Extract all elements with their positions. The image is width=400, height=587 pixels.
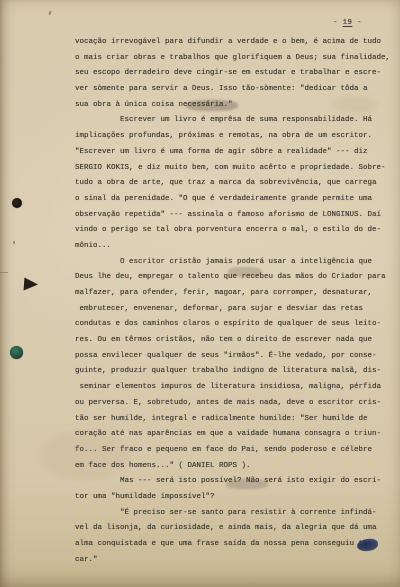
- text-line: tor uma "humildade impossível"?: [75, 490, 395, 506]
- text-line: vel da lisonja, da curiosidade, e ainda …: [75, 521, 395, 537]
- text-line: malfazer, para ofender, ferir, magoar, p…: [75, 286, 395, 302]
- paper-stain: [332, 96, 378, 114]
- text-line: observação repetida" --- assinala o famo…: [75, 208, 395, 224]
- page-number-value: 19: [343, 19, 353, 27]
- page-number-suffix: -: [352, 19, 362, 27]
- text-line: coração até nas aparências em que a vaid…: [75, 427, 395, 443]
- text-line: SERGIO KOKIS, e diz muito bem, com muito…: [75, 161, 395, 177]
- overtype-smudge: [228, 267, 262, 277]
- text-line: "É preciso ser-se santo para resistir à …: [75, 506, 395, 522]
- paper-speck: [48, 11, 51, 15]
- text-line: car.": [75, 553, 395, 569]
- text-line: condutas e dos caminhos claros o espírit…: [75, 317, 395, 333]
- text-line: o sinal da perenidade. "O que é verdadei…: [75, 192, 395, 208]
- text-line: vindo o perigo se tal obra porventura en…: [75, 223, 395, 239]
- text-line: possa envilecer qualquer de seus "irmãos…: [75, 349, 395, 365]
- text-line: seminar elementos impuros de literatura …: [75, 380, 395, 396]
- paper-speck: [0, 272, 8, 273]
- text-line: "Escrever um livro é uma forma de agir s…: [75, 145, 395, 161]
- text-line: mônio...: [75, 239, 395, 255]
- text-line: res. Ou em têrmos cristãos, não tem o di…: [75, 333, 395, 349]
- hole-punch-green-dot: [10, 346, 23, 359]
- text-line: o mais criar obras e trabalhos que glori…: [75, 51, 395, 67]
- text-line: seu escopo derradeiro deve cingir-se em …: [75, 66, 395, 82]
- margin-arrow-icon: [24, 278, 39, 292]
- text-line: embrutecer, envenenar, deformar, para su…: [75, 302, 395, 318]
- page-number: - 19 -: [333, 19, 362, 27]
- paper-speck: [13, 241, 15, 244]
- overtype-smudge: [186, 100, 238, 111]
- text-line: ver sòmente para servir a Deus. Isso tão…: [75, 82, 395, 98]
- text-line: tão ser humilde, integral e radicalmente…: [75, 412, 395, 428]
- paper-stain: [40, 430, 130, 480]
- text-line: implicações profundas, próximas e remota…: [75, 129, 395, 145]
- text-line: ou perversa. E, sobretudo, antes de mais…: [75, 396, 395, 412]
- scanned-typewritten-page: - 19 - vocação irrevogável para difundir…: [0, 0, 400, 587]
- text-line: guinte, produzir qualquer trabalho indig…: [75, 364, 395, 380]
- page-number-prefix: -: [333, 19, 343, 27]
- hole-punch-black-dot: [12, 198, 22, 208]
- text-line: vocação irrevogável para difundir a verd…: [75, 35, 395, 51]
- overtype-smudge: [226, 479, 268, 489]
- text-line: Escrever um livro é emprêsa de suma resp…: [75, 113, 395, 129]
- text-line: alma conquistada e que uma frase saída d…: [75, 537, 395, 553]
- text-line: tudo a obra de arte, que traz a marca da…: [75, 176, 395, 192]
